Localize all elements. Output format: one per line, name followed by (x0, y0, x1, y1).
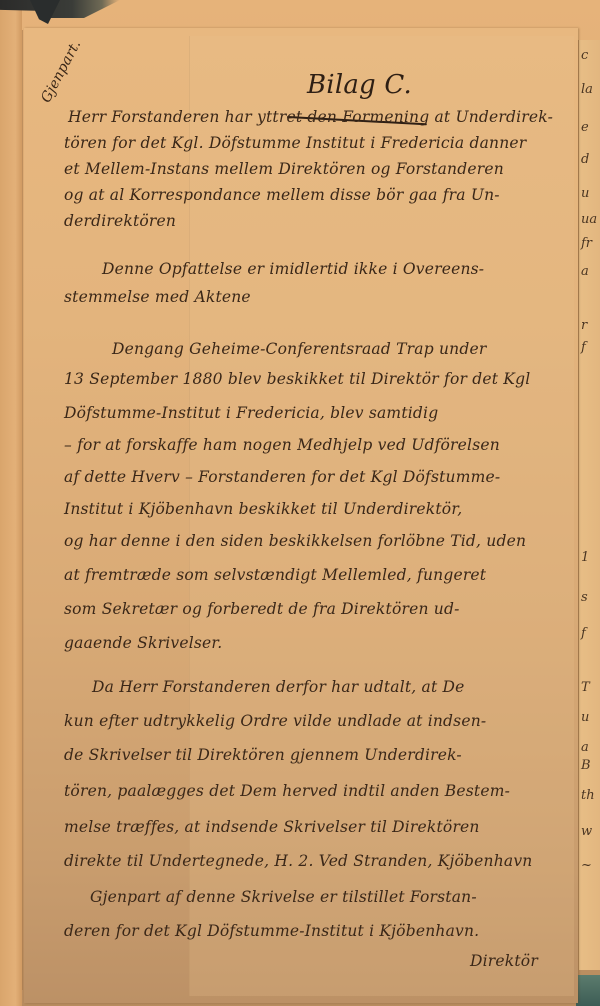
underlying-text-fragment: ua (581, 212, 597, 227)
underlying-text-fragment: ~ (581, 858, 592, 873)
handwritten-line: tören for det Kgl. Döfstumme Institut i … (64, 134, 526, 152)
handwritten-line: Döfstumme-Institut i Fredericia, blev sa… (64, 404, 438, 422)
right-underlying-page-edge: claeduuafrarf1sfTuaBthw~ (578, 40, 600, 970)
handwritten-line: Dengang Geheime-Conferentsraad Trap unde… (112, 340, 486, 358)
handwritten-line: direkte til Undertegnede, H. 2. Ved Stra… (64, 852, 532, 870)
handwritten-line: melse træffes, at indsende Skrivelser ti… (64, 818, 480, 836)
handwritten-line: kun efter udtrykkelig Ordre vilde undlad… (64, 712, 486, 730)
underlying-text-fragment: la (581, 82, 593, 97)
letter-sheet: Gjenpart. Bilag C. Herr Forstanderen har… (24, 28, 578, 1003)
handwritten-line: deren for det Kgl Döfstumme-Institut i K… (64, 922, 479, 940)
handwritten-line: Da Herr Forstanderen derfor har udtalt, … (92, 678, 465, 696)
handwritten-line: 13 September 1880 blev beskikket til Dir… (64, 370, 530, 388)
handwritten-line: af dette Hverv – Forstanderen for det Kg… (64, 468, 500, 486)
document-title: Bilag C. (307, 70, 412, 100)
underlying-text-fragment: u (581, 710, 589, 725)
handwritten-line: som Sekretær og forberedt de fra Direktö… (64, 600, 460, 618)
underlying-text-fragment: c (581, 48, 588, 63)
handwritten-line: at fremtræde som selvstændigt Mellemled,… (64, 566, 486, 584)
bottom-right-cover-strip (576, 975, 600, 1006)
handwritten-line: og har denne i den siden beskikkelsen fo… (64, 532, 526, 550)
margin-note-gjenpart: Gjenpart. (38, 37, 84, 105)
book-binding-edge (0, 0, 22, 1006)
underlying-text-fragment: a (581, 264, 589, 279)
underlying-text-fragment: s (581, 590, 588, 605)
handwritten-line: derdirektören (64, 212, 176, 230)
underlying-text-fragment: fr (581, 236, 592, 251)
handwritten-line: Institut i Kjöbenhavn beskikket til Unde… (64, 500, 462, 518)
underlying-text-fragment: a (581, 740, 589, 755)
handwritten-line: Denne Opfattelse er imidlertid ikke i Ov… (102, 260, 484, 278)
handwritten-line: Herr Forstanderen har yttret den Formeni… (68, 108, 553, 126)
handwritten-line: et Mellem-Instans mellem Direktören og F… (64, 160, 504, 178)
handwritten-line: Direktör (470, 952, 538, 970)
underlying-text-fragment: 1 (581, 550, 589, 565)
underlying-text-fragment: d (581, 152, 589, 167)
handwritten-line: gaaende Skrivelser. (64, 634, 222, 652)
underlying-text-fragment: u (581, 186, 589, 201)
handwritten-line: stemmelse med Aktene (64, 288, 251, 306)
underlying-text-fragment: B (581, 758, 591, 773)
underlying-text-fragment: r (581, 318, 587, 333)
page-fold-line (22, 30, 23, 990)
handwritten-line: de Skrivelser til Direktören gjennem Und… (64, 746, 462, 764)
handwritten-line: tören, paalægges det Dem herved indtil a… (64, 782, 510, 800)
handwritten-line: Gjenpart af denne Skrivelse er tilstille… (90, 888, 477, 906)
underlying-text-fragment: f (581, 340, 586, 355)
underlying-text-fragment: e (581, 120, 589, 135)
handwritten-line: og at al Korrespondance mellem disse bör… (64, 186, 500, 204)
underlying-text-fragment: th (581, 788, 595, 803)
underlying-text-fragment: f (581, 626, 586, 641)
underlying-text-fragment: w (581, 824, 592, 839)
underlying-text-fragment: T (581, 680, 590, 695)
handwritten-line: – for at forskaffe ham nogen Medhjelp ve… (64, 436, 500, 454)
